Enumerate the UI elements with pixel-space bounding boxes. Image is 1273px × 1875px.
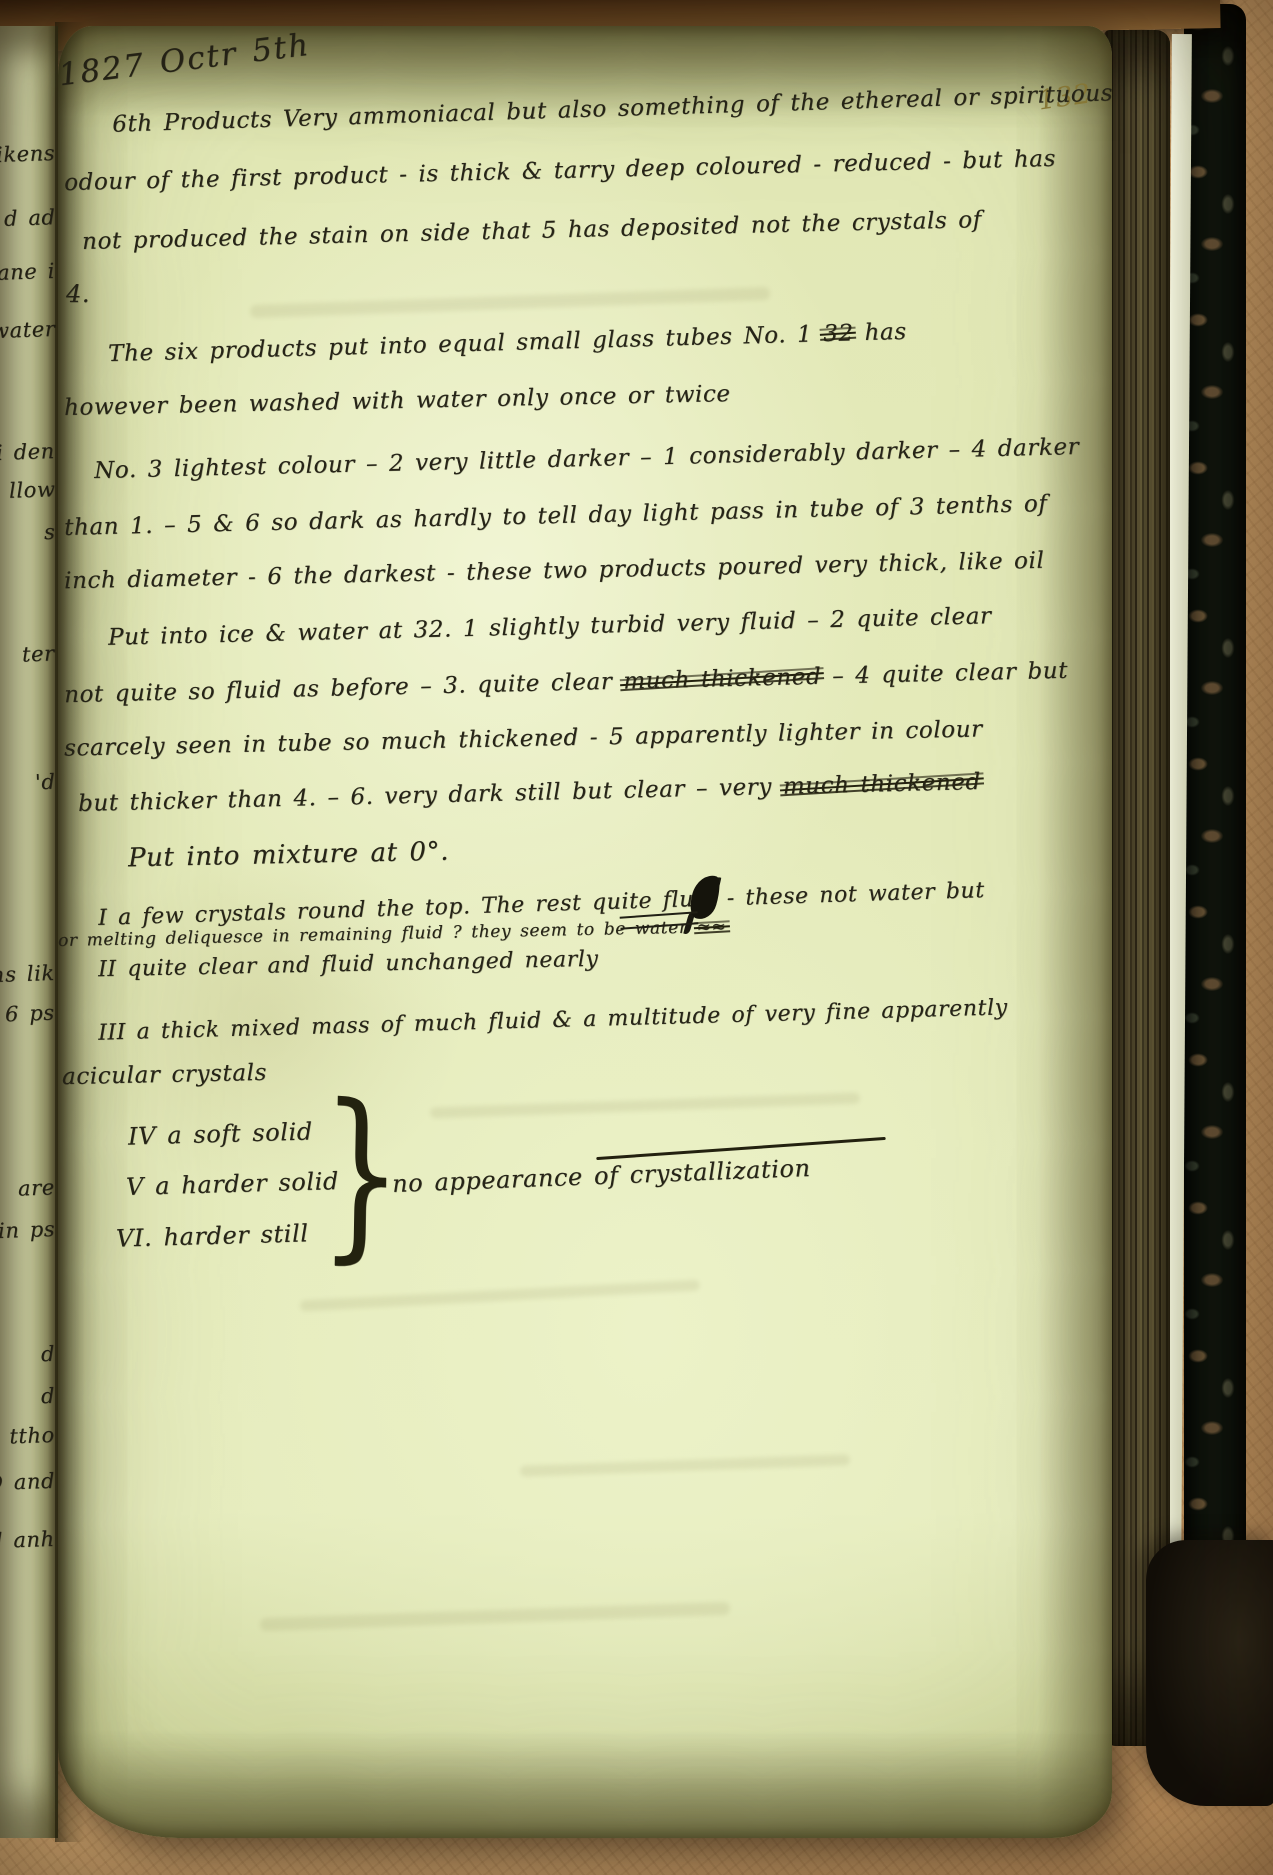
manuscript-line: acicular crystals [62,1060,268,1090]
line-text: than 1. – 5 & 6 so dark as hardly to tel… [64,491,1048,541]
notebook-photo: ikensd adtane iwateri denllowster'dhs li… [0,0,1273,1875]
struck-out-text: 32 [823,320,854,347]
manuscript-line: IV a soft solid [128,1117,313,1150]
line-text: not produced the stain on side that 5 ha… [82,207,982,255]
line-text: acicular crystals [62,1060,268,1090]
struck-out-text: much thickened [623,664,822,695]
line-text: The six products put into equal small gl… [108,321,824,367]
line-text: odour of the first product - is thick & … [64,146,1056,196]
manuscript-line: not produced the stain on side that 5 ha… [82,207,982,255]
manuscript-line: III a thick mixed mass of much fluid & a… [98,995,1008,1045]
manuscript-line: The six products put into equal small gl… [108,319,907,367]
line-text: not quite so fluid as before – 3. quite … [64,669,624,709]
line-text: Put into ice & water at 32. 1 slightly t… [108,603,992,651]
line-text: V a harder solid [126,1167,340,1201]
line-text: Put into mixture at 0°. [128,837,450,874]
manuscript-line: scarcely seen in tube so much thickened … [64,716,983,761]
manuscript-line: No. 3 lightest colour – 2 very little da… [94,434,1080,484]
line-text: however been washed with water only once… [64,381,731,421]
struck-out-text: much thickened [783,769,982,800]
manuscript-line: Put into mixture at 0°. [128,837,450,874]
manuscript-line: V a harder solid [126,1167,340,1201]
line-text: II quite clear and fluid unchanged nearl… [98,947,599,982]
line-text: No. 3 lightest colour – 2 very little da… [94,434,1080,484]
grouping-brace: } [319,1080,404,1267]
line-text: 6th Products Very ammoniacal but also so… [112,80,1114,137]
manuscript-line: inch diameter - 6 the darkest - these tw… [64,548,1045,595]
line-text: no appearance of crystallization [392,1154,811,1198]
line-text: inch diameter - 6 the darkest - these tw… [64,548,1045,595]
handwriting-layer: 1827 Octr 5th 132 } 6th Products Very am… [0,0,1273,1875]
manuscript-line: VI. harder still [116,1219,309,1252]
struck-out-text: ≈≈ [696,917,726,938]
manuscript-line: but thicker than 4. – 6. very dark still… [78,769,981,817]
manuscript-line: than 1. – 5 & 6 so dark as hardly to tel… [64,491,1048,541]
manuscript-line: 6th Products Very ammoniacal but also so… [112,80,1114,137]
line-text: III a thick mixed mass of much fluid & a… [98,995,1008,1045]
manuscript-line: not quite so fluid as before – 3. quite … [64,658,1068,709]
line-text: – 4 quite clear but [821,658,1068,690]
manuscript-line: II quite clear and fluid unchanged nearl… [98,947,599,982]
line-text: VI. harder still [116,1219,309,1252]
line-text: has [853,319,907,346]
book-cover-corner [1146,1540,1273,1806]
manuscript-line: no appearance of crystallization [392,1154,811,1198]
manuscript-line: Put into ice & water at 32. 1 slightly t… [108,603,992,651]
manuscript-line: however been washed with water only once… [64,381,731,421]
line-text: scarcely seen in tube so much thickened … [64,716,983,761]
manuscript-line: odour of the first product - is thick & … [64,146,1056,196]
manuscript-line: 4. [66,280,90,308]
line-text: IV a soft solid [128,1117,313,1150]
line-text: 4. [66,280,90,308]
line-text: but thicker than 4. – 6. very dark still… [78,774,783,817]
date-heading: 1827 Octr 5th [57,27,312,94]
